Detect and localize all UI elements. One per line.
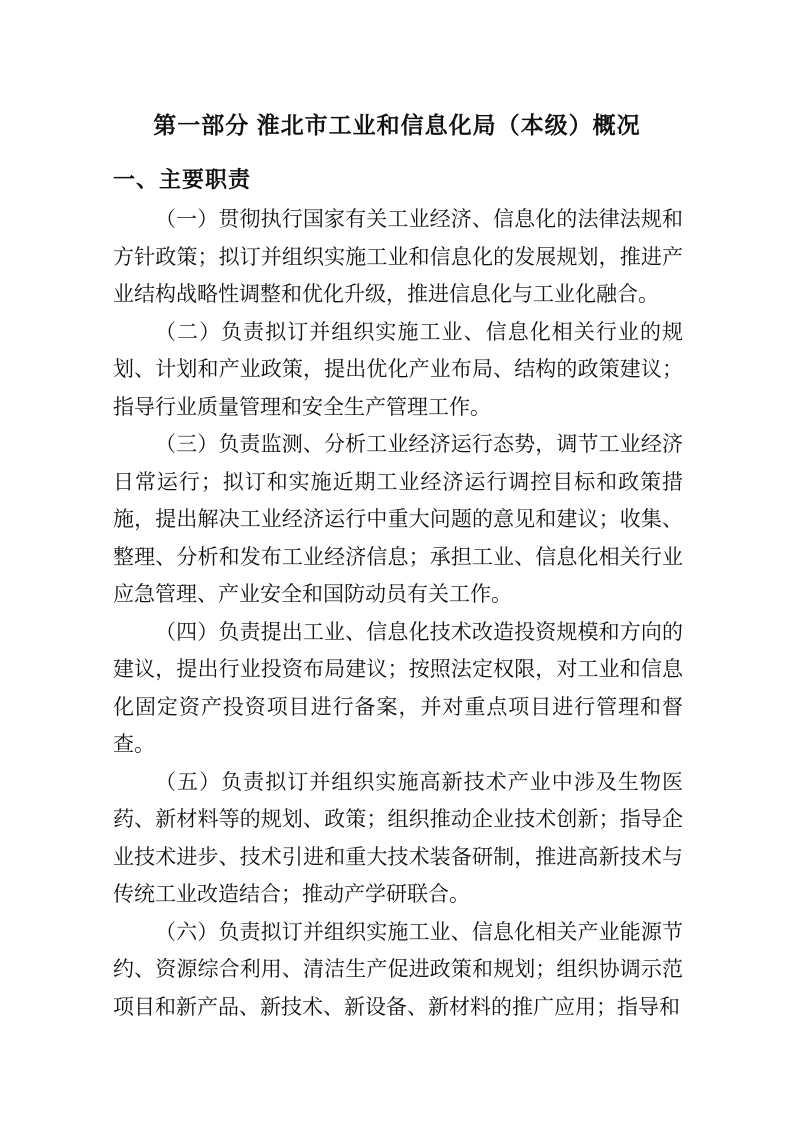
paragraph-duty-3: （三）负责监测、分析工业经济运行态势，调节工业经济日常运行；拟订和实施近期工业经… [113, 426, 683, 614]
paragraph-duty-4: （四）负责提出工业、信息化技术改造投资规模和方向的建议，提出行业投资布局建议；按… [113, 614, 683, 764]
paragraph-duty-6: （六）负责拟订并组织实施工业、信息化相关产业能源节约、资源综合利用、清洁生产促进… [113, 914, 683, 1027]
paragraph-duty-5: （五）负责拟订并组织实施高新技术产业中涉及生物医药、新材料等的规划、政策；组织推… [113, 764, 683, 914]
paragraph-duty-1: （一）贯彻执行国家有关工业经济、信息化的法律法规和方针政策；拟订并组织实施工业和… [113, 201, 683, 314]
document-body: （一）贯彻执行国家有关工业经济、信息化的法律法规和方针政策；拟订并组织实施工业和… [113, 201, 683, 1026]
document-page: 第一部分 淮北市工业和信息化局（本级）概况 一、主要职责 （一）贯彻执行国家有关… [0, 0, 794, 1122]
section-heading-main-duties: 一、主要职责 [113, 165, 794, 195]
paragraph-duty-2: （二）负责拟订并组织实施工业、信息化相关行业的规划、计划和产业政策，提出优化产业… [113, 314, 683, 427]
document-title: 第一部分 淮北市工业和信息化局（本级）概况 [0, 0, 794, 140]
